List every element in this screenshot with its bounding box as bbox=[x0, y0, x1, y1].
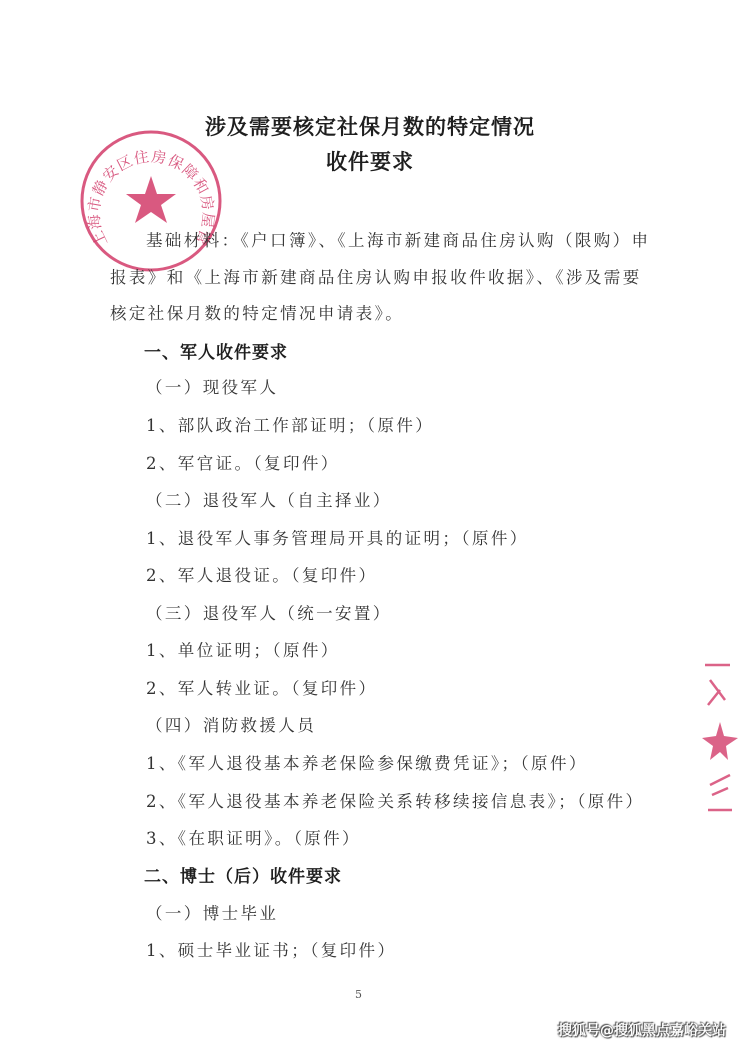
list-item: 2、军人转业证。（复印件） bbox=[146, 675, 377, 699]
section-heading: 二、博士（后）收件要求 bbox=[144, 862, 342, 887]
document-title-line1: 涉及需要核定社保月数的特定情况 bbox=[0, 111, 740, 141]
subsection-heading: （一）博士毕业 bbox=[146, 900, 278, 924]
partial-seal-stamp bbox=[700, 660, 740, 820]
list-item: 3、《在职证明》。（原件） bbox=[146, 825, 361, 849]
intro-line-1: 基础材料：《户口簿》、《上海市新建商品住房认购（限购）申 bbox=[146, 227, 650, 251]
subsection-heading: （一）现役军人 bbox=[146, 374, 278, 398]
star-icon bbox=[126, 176, 176, 223]
list-item: 1、部队政治工作部证明；（原件） bbox=[146, 412, 434, 436]
intro-line-3: 核定社保月数的特定情况申请表》。 bbox=[110, 300, 404, 324]
list-item: 2、《军人退役基本养老保险关系转移续接信息表》；（原件） bbox=[146, 788, 644, 812]
intro-line-2: 报表》和《上海市新建商品住房认购申报收件收据》、《涉及需要 bbox=[110, 264, 642, 288]
list-item: 1、单位证明；（原件） bbox=[146, 637, 340, 661]
page-number: 5 bbox=[355, 988, 362, 1001]
star-icon bbox=[702, 722, 738, 760]
subsection-heading: （三）退役军人（统一安置） bbox=[146, 600, 392, 624]
list-item: 2、军人退役证。（复印件） bbox=[146, 562, 377, 586]
document-title-line2: 收件要求 bbox=[0, 146, 740, 176]
subsection-heading: （二）退役军人（自主择业） bbox=[146, 487, 392, 511]
list-item: 1、退役军人事务管理局开具的证明；（原件） bbox=[146, 525, 529, 549]
section-heading: 一、军人收件要求 bbox=[144, 338, 288, 363]
subsection-heading: （四）消防救援人员 bbox=[146, 712, 316, 736]
watermark: 搜狐号@搜狐黑点嘉峪关站 bbox=[558, 1020, 726, 1040]
list-item: 2、军官证。（复印件） bbox=[146, 450, 340, 474]
list-item: 1、《军人退役基本养老保险参保缴费凭证》；（原件） bbox=[146, 750, 588, 774]
list-item: 1、硕士毕业证书；（复印件） bbox=[146, 937, 396, 961]
